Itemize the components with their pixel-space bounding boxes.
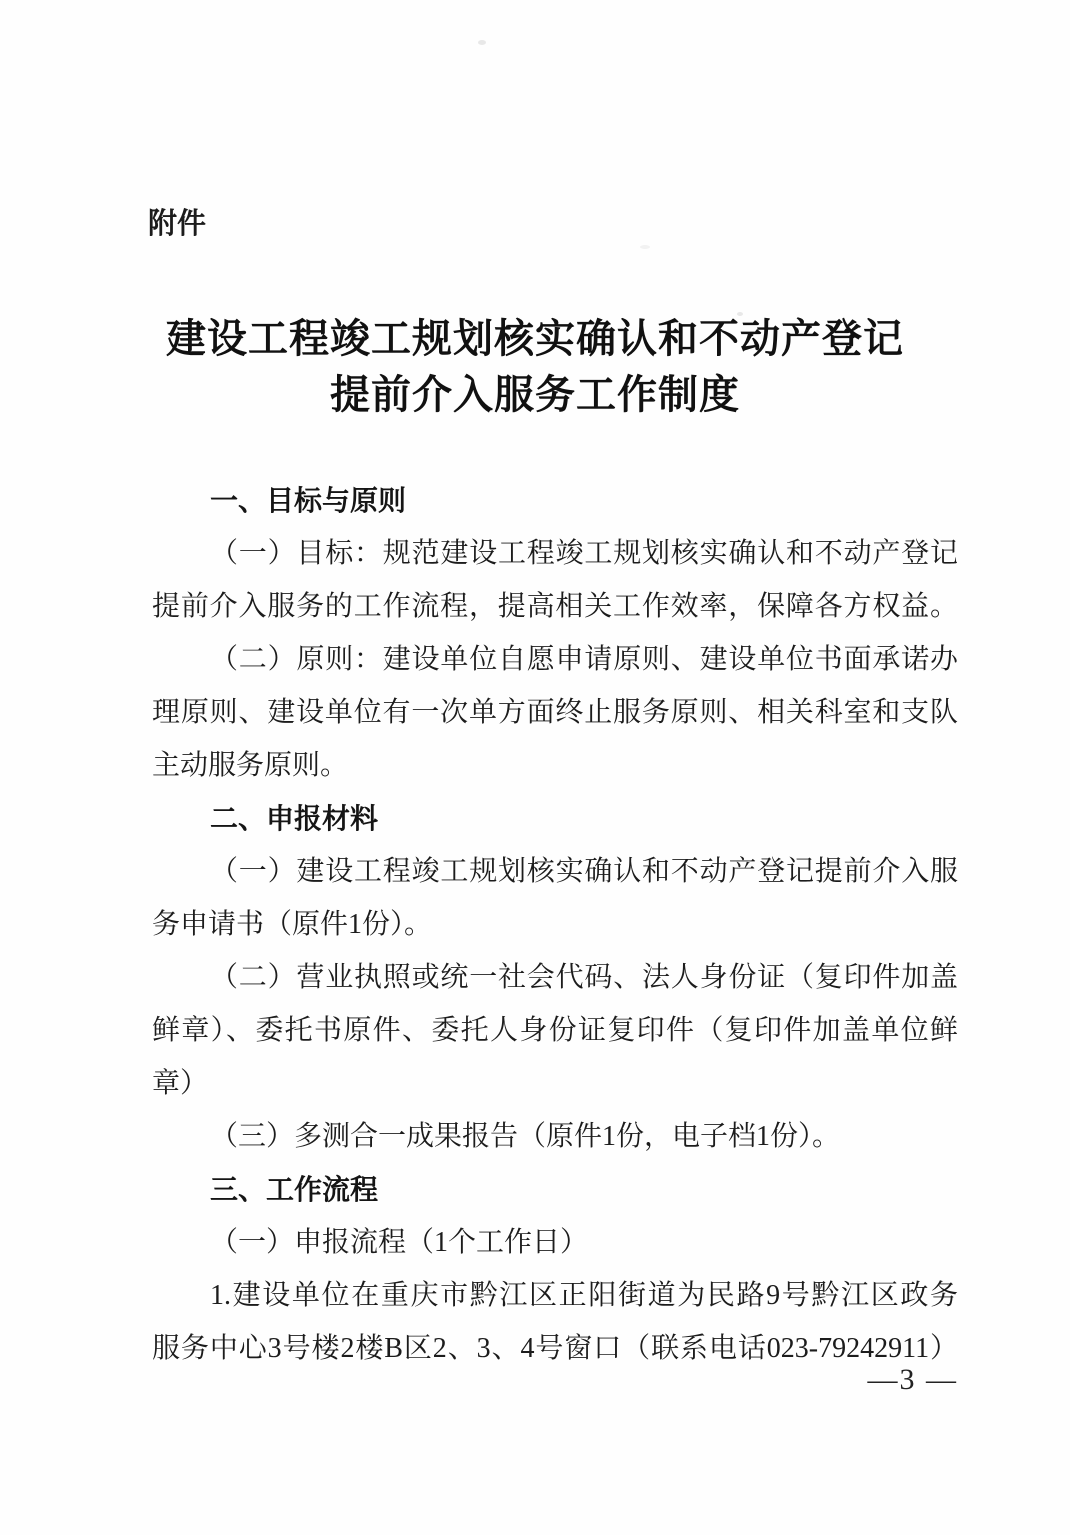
section-heading-2: 二、申报材料 xyxy=(152,792,958,845)
paragraph-line: 服务中心3号楼2楼B区2、3、4号窗口（联系电话023-79242911） xyxy=(152,1322,958,1375)
paragraph-line: （二）营业执照或统一社会代码、法人身份证（复印件加盖 xyxy=(152,951,958,1004)
document-title: 建设工程竣工规划核实确认和不动产登记 提前介入服务工作制度 xyxy=(0,311,1070,423)
scan-speck xyxy=(640,245,650,249)
document-page: 附件 建设工程竣工规划核实确认和不动产登记 提前介入服务工作制度 一、目标与原则… xyxy=(0,0,1070,1535)
paragraph-line: 提前介入服务的工作流程，提高相关工作效率，保障各方权益。 xyxy=(152,580,958,633)
paragraph-line: 主动服务原则。 xyxy=(152,739,958,792)
paragraph-line: （一）申报流程（1个工作日） xyxy=(152,1216,958,1269)
paragraph-line: （二）原则：建设单位自愿申请原则、建设单位书面承诺办 xyxy=(152,633,958,686)
paragraph-line: （三）多测合一成果报告（原件1份，电子档1份）。 xyxy=(152,1110,958,1163)
paragraph-line: 务申请书（原件1份）。 xyxy=(152,898,958,951)
page-number: —3 — xyxy=(868,1363,959,1397)
document-title-line-1: 建设工程竣工规划核实确认和不动产登记 xyxy=(0,311,1070,367)
section-heading-1: 一、目标与原则 xyxy=(152,474,958,527)
section-heading-3: 三、工作流程 xyxy=(152,1163,958,1216)
document-body: 一、目标与原则 （一）目标：规范建设工程竣工规划核实确认和不动产登记 提前介入服… xyxy=(152,474,958,1375)
paragraph-line: （一）建设工程竣工规划核实确认和不动产登记提前介入服 xyxy=(152,845,958,898)
scan-speck xyxy=(478,40,486,45)
attachment-label: 附件 xyxy=(148,207,206,241)
paragraph-line: 章） xyxy=(152,1057,958,1110)
document-title-line-2: 提前介入服务工作制度 xyxy=(0,367,1070,423)
paragraph-line: 1.建设单位在重庆市黔江区正阳街道为民路9号黔江区政务 xyxy=(152,1269,958,1322)
paragraph-line: （一）目标：规范建设工程竣工规划核实确认和不动产登记 xyxy=(152,527,958,580)
paragraph-line: 鲜章）、委托书原件、委托人身份证复印件（复印件加盖单位鲜 xyxy=(152,1004,958,1057)
paragraph-line: 理原则、建设单位有一次单方面终止服务原则、相关科室和支队 xyxy=(152,686,958,739)
